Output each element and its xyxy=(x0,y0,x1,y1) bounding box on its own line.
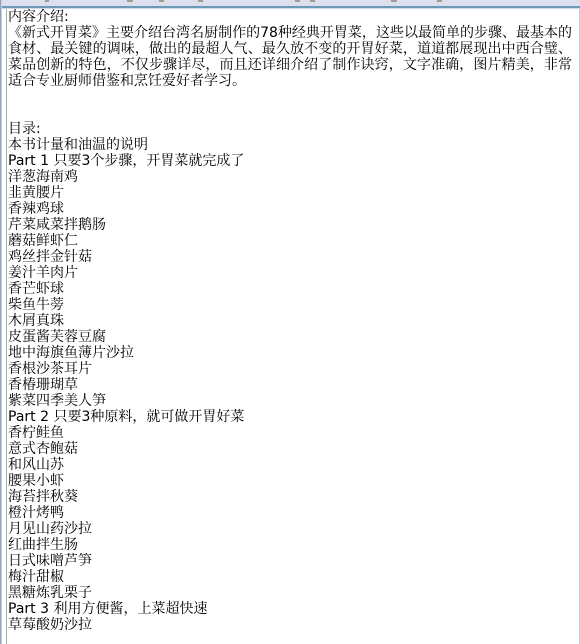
toc-item: 木屑真珠 xyxy=(8,313,572,329)
toolbar-tick xyxy=(159,0,164,2)
toc-item: 香根沙茶耳片 xyxy=(8,361,572,377)
toc-item: 洋葱海南鸡 xyxy=(8,169,572,185)
toc-item: 香芒虾球 xyxy=(8,281,572,297)
toc-item: 姜汁羊肉片 xyxy=(8,265,572,281)
toc-item: 和风山苏 xyxy=(8,457,572,473)
toc-item: 韭黄腰片 xyxy=(8,185,572,201)
toolbar-tick xyxy=(391,0,397,2)
toc-heading: 目录: xyxy=(8,121,572,137)
toc-item: 紫菜四季美人笋 xyxy=(8,393,572,409)
toc-item: 香椿珊瑚草 xyxy=(8,377,572,393)
toolbar-tick xyxy=(437,0,442,2)
toc-item: 腰果小虾 xyxy=(8,473,572,489)
toc-item: 海苔拌秋葵 xyxy=(8,489,572,505)
table-of-contents: 目录: 本书计量和油温的说明 Part 1 只要3个步骤，开胃菜就完成了 洋葱海… xyxy=(8,121,572,633)
toolbar-tick xyxy=(310,0,315,2)
toc-item: 香辣鸡球 xyxy=(8,201,572,217)
toc-item: 红曲拌生肠 xyxy=(8,537,572,553)
toc-item: 本书计量和油温的说明 xyxy=(8,137,572,153)
intro-paragraph: 《新式开胃菜》主要介绍台湾名厨制作的78种经典开胃菜，这些以最简单的步骤、最基本… xyxy=(8,25,572,89)
toolbar-tick xyxy=(295,0,300,2)
toc-item-part: Part 3 利用方便酱，上菜超快速 xyxy=(8,601,572,617)
window-left-edge-highlight xyxy=(1,0,2,644)
toc-item: 月见山药沙拉 xyxy=(8,521,572,537)
toc-item: 意式杏鲍菇 xyxy=(8,441,572,457)
toc-item: 橙汁烤鸭 xyxy=(8,505,572,521)
toc-item: 香柠鲑鱼 xyxy=(8,425,572,441)
toc-item: 地中海旗鱼薄片沙拉 xyxy=(8,345,572,361)
toc-item-part: Part 2 只要3种原料，就可做开胃好菜 xyxy=(8,409,572,425)
intro-heading: 内容介绍: xyxy=(8,9,572,25)
page: 内容介绍: 《新式开胃菜》主要介绍台湾名厨制作的78种经典开胃菜，这些以最简单的… xyxy=(0,0,580,644)
toolbar-tick xyxy=(198,0,203,2)
toc-item: 鸡丝拌金针菇 xyxy=(8,249,572,265)
toc-item: 芹菜咸菜拌鹅肠 xyxy=(8,217,572,233)
toolbar-tick xyxy=(45,0,49,2)
toc-item: 皮蛋酱芙蓉豆腐 xyxy=(8,329,572,345)
toc-item: 蘑菇鲜虾仁 xyxy=(8,233,572,249)
book-description-text-area[interactable]: 内容介绍: 《新式开胃菜》主要介绍台湾名厨制作的78种经典开胃菜，这些以最简单的… xyxy=(8,9,572,639)
toc-item: 草莓酸奶沙拉 xyxy=(8,617,572,633)
toc-item: 柴鱼牛蒡 xyxy=(8,297,572,313)
toc-item: 梅汁甜椒 xyxy=(8,569,572,585)
toc-item-part: Part 1 只要3个步骤，开胃菜就完成了 xyxy=(8,153,572,169)
toc-item: 日式味噌芦笋 xyxy=(8,553,572,569)
textarea-left-border xyxy=(6,9,7,644)
toc-item: 黑糖炼乳栗子 xyxy=(8,585,572,601)
toolbar-tick xyxy=(127,0,133,2)
